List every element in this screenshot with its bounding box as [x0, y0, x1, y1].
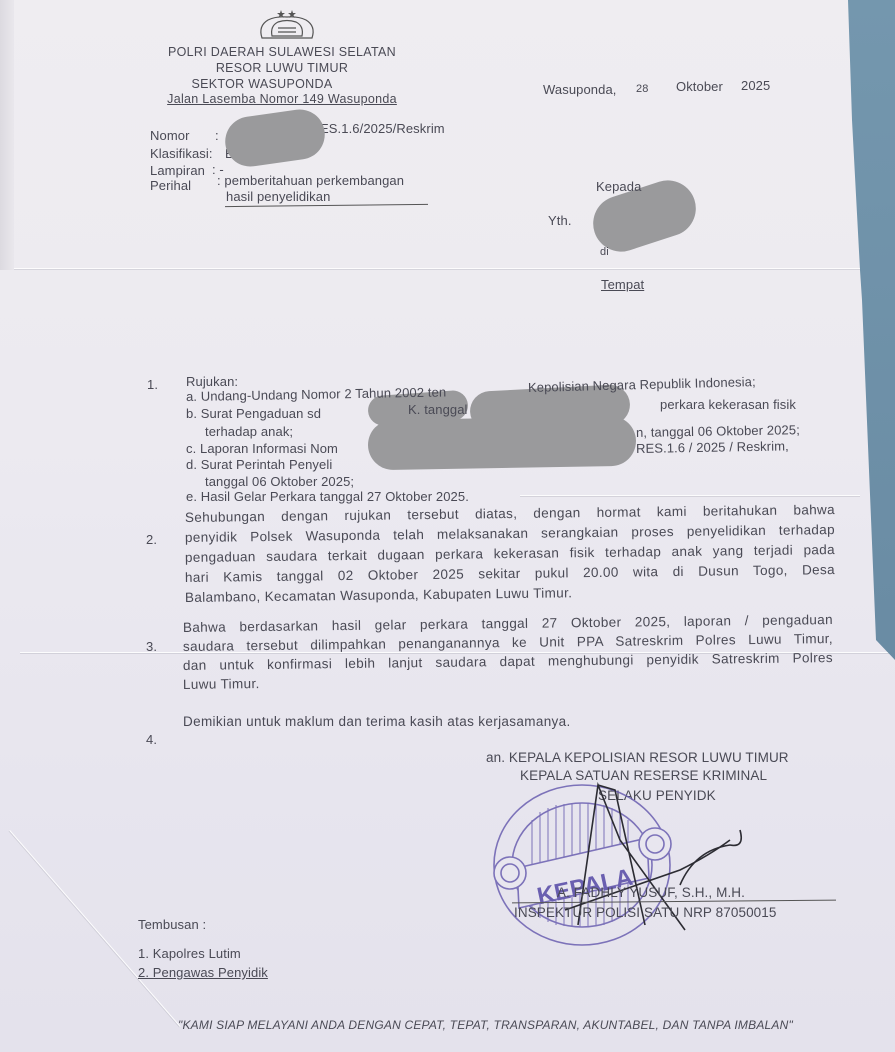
- fold-line: [14, 268, 864, 269]
- p1-title: Rujukan:: [186, 374, 238, 389]
- tembusan-item-2: 2. Pengawas Penyidik: [138, 965, 268, 980]
- lampiran-label: Lampiran: [150, 163, 205, 178]
- footer-motto: "KAMI SIAP MELAYANI ANDA DENGAN CEPAT, T…: [178, 1018, 793, 1033]
- letterhead-address: Jalan Lasemba Nomor 149 Wasuponda: [150, 92, 414, 107]
- signatory-rank: INSPEKTUR POLISI SATU NRP 87050015: [514, 905, 777, 920]
- p1-item-c-right: n, tanggal 06 Oktober 2025;: [636, 422, 800, 440]
- date-year: 2025: [741, 78, 770, 93]
- police-crest-icon: [254, 8, 320, 42]
- paragraph-line: Balambano, Kecamatan Wasuponda, Kabupate…: [185, 582, 835, 605]
- paragraph-line: pengaduan saudara terkait dugaan perkara…: [185, 542, 835, 565]
- p4-number: 4.: [146, 732, 157, 747]
- p1-item-d-right: RES.1.6 / 2025 / Reskrim,: [636, 438, 789, 456]
- paragraph-line: hari Kamis tanggal 02 Oktober 2025 sekit…: [185, 562, 835, 585]
- letterhead-line-1: POLRI DAERAH SULAWESI SELATAN: [150, 45, 414, 60]
- perihal-line-2: hasil penyelidikan: [226, 189, 330, 204]
- perihal-underline: [225, 204, 428, 207]
- p1-item-b-cont: terhadap anak;: [205, 424, 293, 439]
- p1-item-d: d. Surat Perintah Penyeli: [186, 457, 332, 472]
- p1-item-b: b. Surat Pengaduan sd: [186, 406, 321, 421]
- p1-number: 1.: [147, 377, 158, 392]
- p1-item-d-cont: tanggal 06 Oktober 2025;: [205, 474, 354, 489]
- tembusan-title: Tembusan :: [138, 917, 206, 932]
- paragraph-line: Sehubungan dengan rujukan tersebut diata…: [185, 502, 835, 525]
- klasifikasi-label: Klasifikasi:: [150, 146, 213, 161]
- signature-line-1: an. KEPALA KEPOLISIAN RESOR LUWU TIMUR: [486, 750, 789, 765]
- p4-text: Demikian untuk maklum dan terima kasih a…: [183, 714, 571, 729]
- perihal-line-1: : pemberitahuan perkembangan: [217, 173, 404, 188]
- letter-paper: POLRI DAERAH SULAWESI SELATAN RESOR LUWU…: [0, 0, 895, 1052]
- p1-item-a-cont: Kepolisian Negara Republik Indonesia;: [528, 374, 756, 395]
- p1-item-b-mid: K. tanggal: [408, 402, 468, 417]
- recipient-tempat: Tempat: [601, 277, 644, 292]
- redaction-mark: [222, 106, 328, 169]
- p1-item-c: c. Laporan Informasi Nom: [186, 441, 338, 456]
- recipient-di: di: [600, 245, 609, 260]
- p3-number: 3.: [146, 639, 157, 654]
- date-place: Wasuponda,: [543, 82, 617, 97]
- date-month: Oktober: [676, 79, 723, 94]
- perihal-label: Perihal: [150, 178, 191, 193]
- signatory-name: A. FADHLY YUSUF, S.H., M.H.: [557, 885, 745, 900]
- date-day: 28: [636, 82, 648, 97]
- p1-item-b-right: perkara kekerasan fisik: [660, 397, 796, 412]
- fold-line: [520, 495, 860, 496]
- paragraph-line: penyidik Polsek Wasuponda telah melaksan…: [185, 522, 835, 545]
- paper-edge-shadow: [0, 0, 14, 270]
- nomor-label: Nomor: [150, 128, 190, 143]
- recipient-kepada: Kepada: [596, 179, 641, 194]
- recipient-yth: Yth.: [548, 213, 572, 228]
- nomor-value: ES.1.6/2025/Reskrim: [320, 121, 445, 136]
- redaction-mark: [368, 416, 637, 471]
- p1-item-e: e. Hasil Gelar Perkara tanggal 27 Oktobe…: [186, 489, 469, 504]
- p2-number: 2.: [146, 532, 157, 547]
- nomor-colon: :: [215, 128, 219, 143]
- paragraph-line: Luwu Timur.: [183, 669, 833, 692]
- letterhead-line-3: SEKTOR WASUPONDA: [130, 77, 394, 92]
- letterhead-line-2: RESOR LUWU TIMUR: [150, 61, 414, 76]
- tembusan-item-1: 1. Kapolres Lutim: [138, 946, 241, 961]
